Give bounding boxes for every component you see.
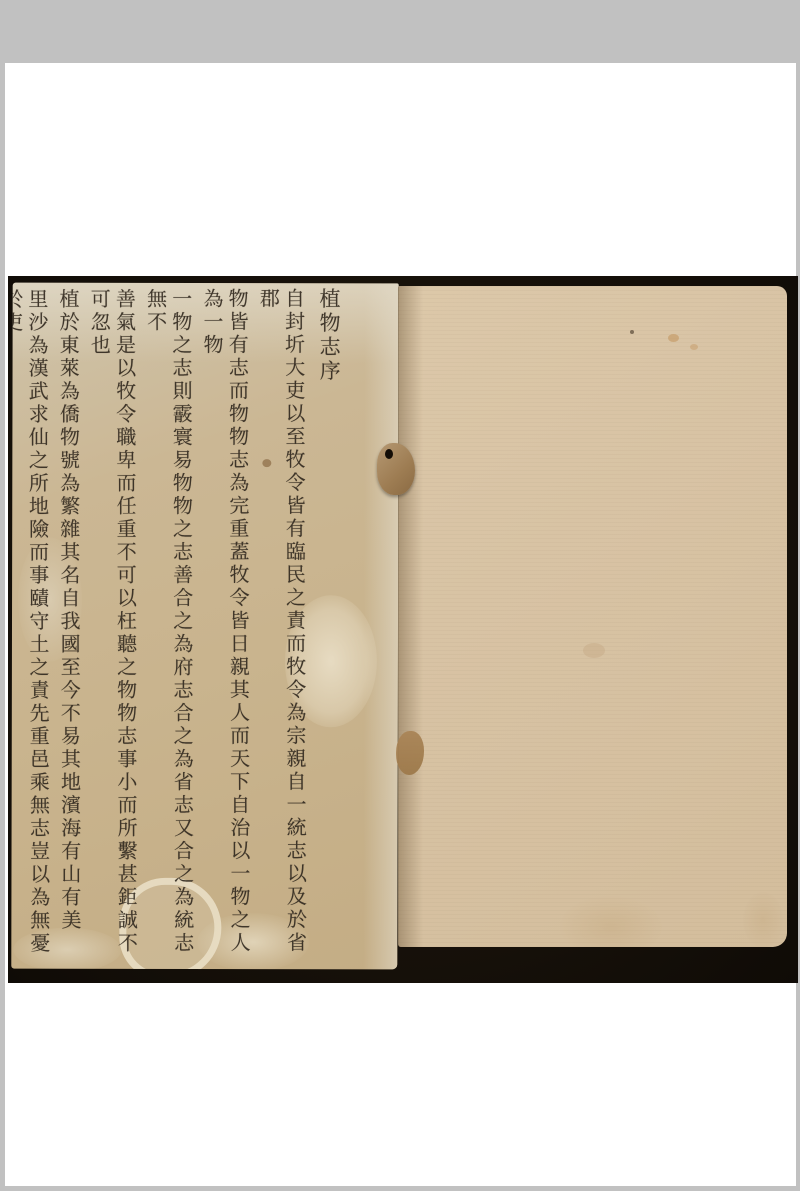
text-column: 自封圻大吏以至牧令皆有臨民之責而牧令為宗親自一統志以及於省郡 <box>255 288 308 965</box>
text-column: 里沙為漢武求仙之所地險而事賾守土之責先重邑乘無志豈以為無憂於吏 <box>11 288 51 965</box>
repair-patch <box>377 443 415 495</box>
book-scan-image: 植物志序 自封圻大吏以至牧令皆有臨民之責而牧令為宗親自一統志以及於省郡物皆有志而… <box>8 276 798 983</box>
text-column: 一物之志則霰寰易物物之志善合之為府志合之為省志又合之為統志無不 <box>142 288 195 965</box>
ink-spot <box>630 330 634 334</box>
text-column: 物皆有志而物物志為完重蓋牧令皆日親其人而天下自治以一物之人為一物 <box>199 288 252 965</box>
manuscript-text: 植物志序 自封圻大吏以至牧令皆有臨民之責而牧令為宗親自一統志以及於省郡物皆有志而… <box>19 287 392 965</box>
wormhole <box>385 449 393 459</box>
viewer-page: 植物志序 自封圻大吏以至牧令皆有臨民之責而牧令為宗親自一統志以及於省郡物皆有志而… <box>5 63 796 1186</box>
viewer-canvas: { "viewer": { "background_color": "#c1c1… <box>0 0 800 1191</box>
foxing-stain <box>743 892 783 947</box>
foxing-stain <box>583 643 605 658</box>
manuscript-title-column: 植物志序 <box>315 287 392 964</box>
page-fold-shadow <box>398 286 423 947</box>
text-column: 植於東萊為僑物號為繁雜其名自我國至今不易其地濱海有山有美 <box>55 288 82 965</box>
manuscript-left-page: 植物志序 自封圻大吏以至牧令皆有臨民之責而牧令為宗親自一統志以及於省郡物皆有志而… <box>11 283 398 970</box>
manuscript-right-page <box>398 286 787 947</box>
text-column: 善氣是以牧令職卑而任重不可以枉聽之物物志事小而所繫甚鉅誠不可忽也 <box>86 288 139 965</box>
foxing-stain <box>668 334 679 342</box>
paper-texture <box>398 286 787 947</box>
foxing-stain <box>690 344 698 350</box>
